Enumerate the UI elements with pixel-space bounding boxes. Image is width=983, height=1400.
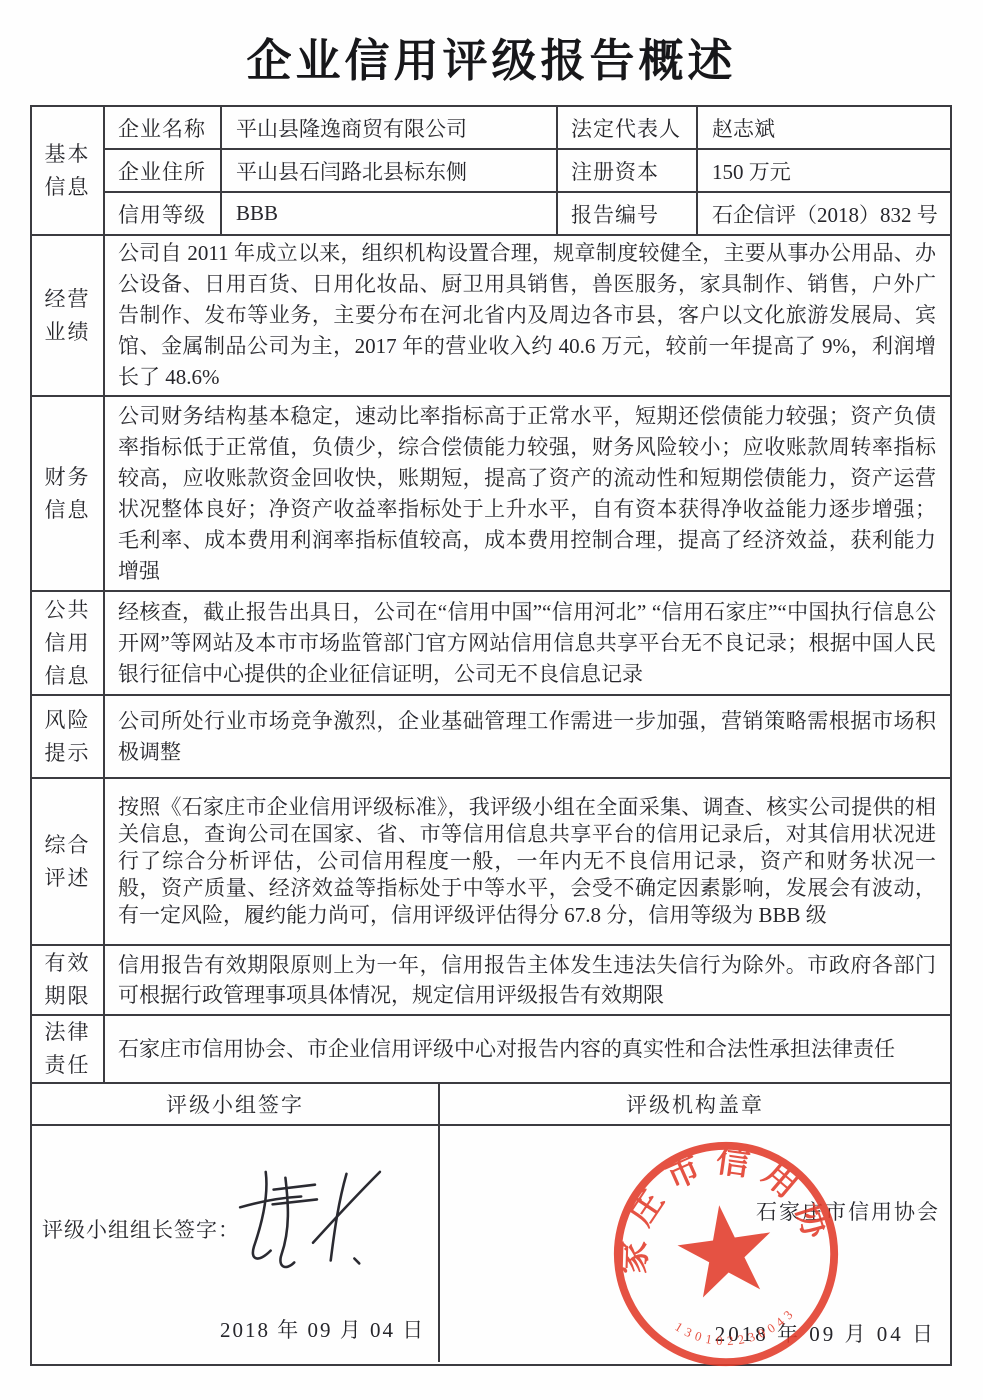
field-label-company-address: 企业住所 bbox=[105, 150, 222, 193]
rating-agency-seal-header: 评级机构盖章 bbox=[440, 1084, 950, 1126]
handwritten-signature bbox=[228, 1164, 396, 1292]
section-label-comprehensive-review: 综合评述 bbox=[32, 779, 105, 946]
section-label-basic-info: 基本信息 bbox=[32, 107, 105, 236]
field-value-registered-capital: 150 万元 bbox=[698, 150, 950, 193]
field-label-report-number: 报告编号 bbox=[558, 193, 698, 236]
field-label-company-name: 企业名称 bbox=[105, 107, 222, 150]
section-label-public-credit-info: 公共信用信息 bbox=[32, 592, 105, 696]
section-label-risk-warning: 风险提示 bbox=[32, 696, 105, 779]
rating-agency-seal-cell: 石家庄市信用协会 2018 年 09 月 04 日 石家庄市信用协会 13010… bbox=[440, 1126, 950, 1362]
section-label-validity-period: 有效期限 bbox=[32, 946, 105, 1016]
section-label-business-performance: 经营业绩 bbox=[32, 236, 105, 397]
section-text-business-performance: 公司自 2011 年成立以来，组织机构设置合理，规章制度较健全，主要从事办公用品… bbox=[105, 236, 950, 397]
section-text-comprehensive-review: 按照《石家庄市企业信用评级标准》，我评级小组在全面采集、调查、核实公司提供的相关… bbox=[105, 779, 950, 946]
field-label-legal-rep: 法定代表人 bbox=[558, 107, 698, 150]
section-text-risk-warning: 公司所处行业市场竞争激烈，企业基础管理工作需进一步加强，营销策略需根据市场积极调… bbox=[105, 696, 950, 779]
team-leader-signature-label: 评级小组组长签字： bbox=[42, 1214, 240, 1244]
field-value-legal-rep: 赵志斌 bbox=[698, 107, 950, 150]
section-text-legal-responsibility: 石家庄市信用协会、市企业信用评级中心对报告内容的真实性和合法性承担法律责任 bbox=[105, 1016, 950, 1084]
section-text-validity-period: 信用报告有效期限原则上为一年，信用报告主体发生违法失信行为除外。市政府各部门可根… bbox=[105, 946, 950, 1016]
section-label-legal-responsibility: 法律责任 bbox=[32, 1016, 105, 1084]
section-text-public-credit-info: 经核查，截止报告出具日，公司在“信用中国”“信用河北” “信用石家庄”“中国执行… bbox=[105, 592, 950, 696]
field-label-registered-capital: 注册资本 bbox=[558, 150, 698, 193]
agency-name-text: 石家庄市信用协会 bbox=[756, 1196, 940, 1226]
rating-team-signature-header: 评级小组签字 bbox=[32, 1084, 440, 1126]
team-signature-date: 2018 年 09 月 04 日 bbox=[220, 1314, 425, 1344]
field-value-credit-grade: BBB bbox=[222, 193, 558, 236]
rating-team-signature-cell: 评级小组组长签字： 2018 年 09 月 04 日 bbox=[32, 1126, 440, 1362]
page-title: 企业信用评级报告概述 bbox=[0, 24, 983, 89]
signature-stamp-block: 评级小组签字 评级机构盖章 评级小组组长签字： 2018 年 09 月 04 日 bbox=[32, 1084, 950, 1364]
field-value-report-number: 石企信评（2018）832 号 bbox=[698, 193, 950, 236]
credit-rating-report-page: 企业信用评级报告概述 基本信息 企业名称 平山县隆逸商贸有限公司 法定代表人 赵… bbox=[0, 0, 983, 1400]
section-label-financial-info: 财务信息 bbox=[32, 397, 105, 592]
section-text-financial-info: 公司财务结构基本稳定，速动比率指标高于正常水平，短期还偿债能力较强；资产负债率指… bbox=[105, 397, 950, 592]
field-value-company-name: 平山县隆逸商贸有限公司 bbox=[222, 107, 558, 150]
field-value-company-address: 平山县石闫路北县标东侧 bbox=[222, 150, 558, 193]
report-table: 基本信息 企业名称 平山县隆逸商贸有限公司 法定代表人 赵志斌 企业住所 平山县… bbox=[30, 105, 952, 1366]
field-label-credit-grade: 信用等级 bbox=[105, 193, 222, 236]
agency-seal-date: 2018 年 09 月 04 日 bbox=[715, 1318, 936, 1348]
